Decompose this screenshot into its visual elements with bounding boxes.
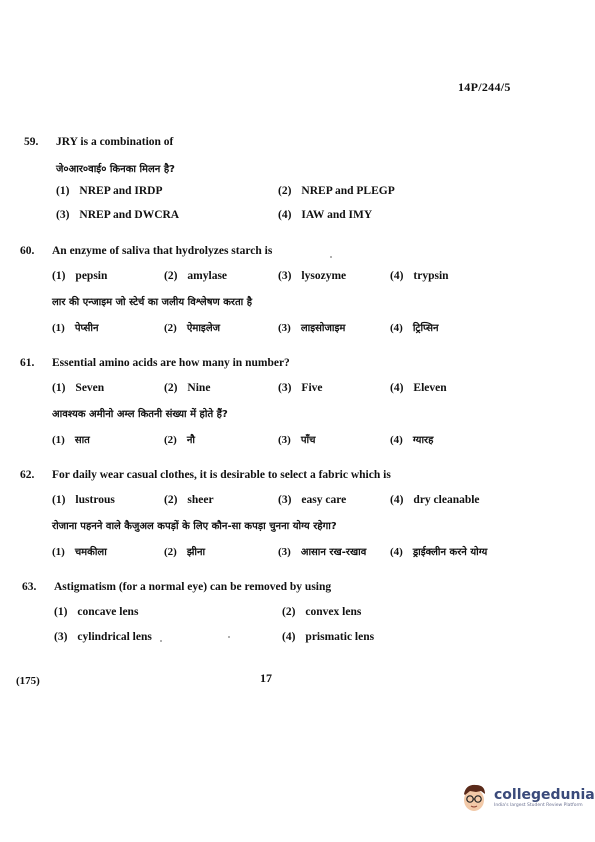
option-1: (1)NREP and IRDP	[56, 185, 163, 197]
option-1: (1)Seven	[52, 382, 104, 394]
option-2: (2)NREP and PLEGP	[278, 185, 395, 197]
option-3: (3)easy care	[278, 494, 346, 506]
question-number: 62.	[20, 469, 34, 481]
brand-tagline: India's largest Student Review Platform	[494, 803, 595, 808]
collegedunia-watermark: collegedunia India's largest Student Rev…	[458, 782, 595, 814]
option-hi-2: (2)ऐमाइलेज	[164, 320, 220, 334]
mascot-face-icon	[458, 782, 490, 814]
option-hi-1: (1)पेप्सीन	[52, 320, 99, 334]
question-text-en: Astigmatism (for a normal eye) can be re…	[54, 581, 331, 593]
option-hi-4: (4)ग्यारह	[390, 432, 433, 446]
question-number: 59.	[24, 136, 38, 148]
question-text-en: An enzyme of saliva that hydrolyzes star…	[52, 245, 272, 257]
option-2: (2)sheer	[164, 494, 214, 506]
footer-code: (175)	[16, 675, 40, 687]
question-text-en: Essential amino acids are how many in nu…	[52, 357, 290, 369]
option-hi-1: (1)सात	[52, 432, 90, 446]
option-hi-3: (3)पाँच	[278, 432, 315, 446]
option-1: (1)pepsin	[52, 270, 107, 282]
option-4: (4)prismatic lens	[282, 631, 374, 643]
question-number: 63.	[22, 581, 36, 593]
question-text-hi: रोजाना पहनने वाले कैजुअल कपड़ों के लिए क…	[52, 518, 337, 532]
option-hi-3: (3)आसान रख-रखाव	[278, 544, 366, 558]
question-text-hi: आवश्यक अमीनो अम्ल कितनी संख्या में होते …	[52, 406, 228, 420]
option-3: (3)NREP and DWCRA	[56, 209, 179, 221]
option-4: (4)dry cleanable	[390, 494, 480, 506]
question-text-hi: लार की एन्जाइम जो स्टेर्च का जलीय विश्ले…	[52, 294, 252, 308]
page-number: 17	[260, 671, 272, 686]
option-1: (1)concave lens	[54, 606, 138, 618]
scan-speck	[330, 256, 332, 258]
question-number: 60.	[20, 245, 34, 257]
question-text-hi: जे०आर०वाई० किनका मिलन है?	[56, 161, 175, 175]
option-3: (3)cylindrical lens	[54, 631, 152, 643]
option-hi-4: (4)ड्राईक्लीन करने योग्य	[390, 544, 487, 558]
option-2: (2)convex lens	[282, 606, 361, 618]
option-2: (2)amylase	[164, 270, 227, 282]
scan-speck	[228, 636, 230, 638]
option-hi-2: (2)झीना	[164, 544, 205, 558]
scan-speck	[160, 640, 162, 642]
option-hi-1: (1)चमकीला	[52, 544, 107, 558]
question-number: 61.	[20, 357, 34, 369]
option-4: (4)Eleven	[390, 382, 447, 394]
option-2: (2)Nine	[164, 382, 210, 394]
paper-code: 14P/244/5	[458, 80, 511, 95]
option-hi-3: (3)लाइसोजाइम	[278, 320, 345, 334]
question-text-en: JRY is a combination of	[56, 136, 173, 148]
option-4: (4)trypsin	[390, 270, 449, 282]
option-hi-4: (4)ट्रिप्सिन	[390, 320, 439, 334]
option-4: (4)IAW and IMY	[278, 209, 372, 221]
question-text-en: For daily wear casual clothes, it is des…	[52, 469, 391, 481]
option-1: (1)lustrous	[52, 494, 115, 506]
brand-name: collegedunia	[494, 788, 595, 803]
option-3: (3)lysozyme	[278, 270, 346, 282]
option-3: (3)Five	[278, 382, 323, 394]
option-hi-2: (2)नौ	[164, 432, 195, 446]
